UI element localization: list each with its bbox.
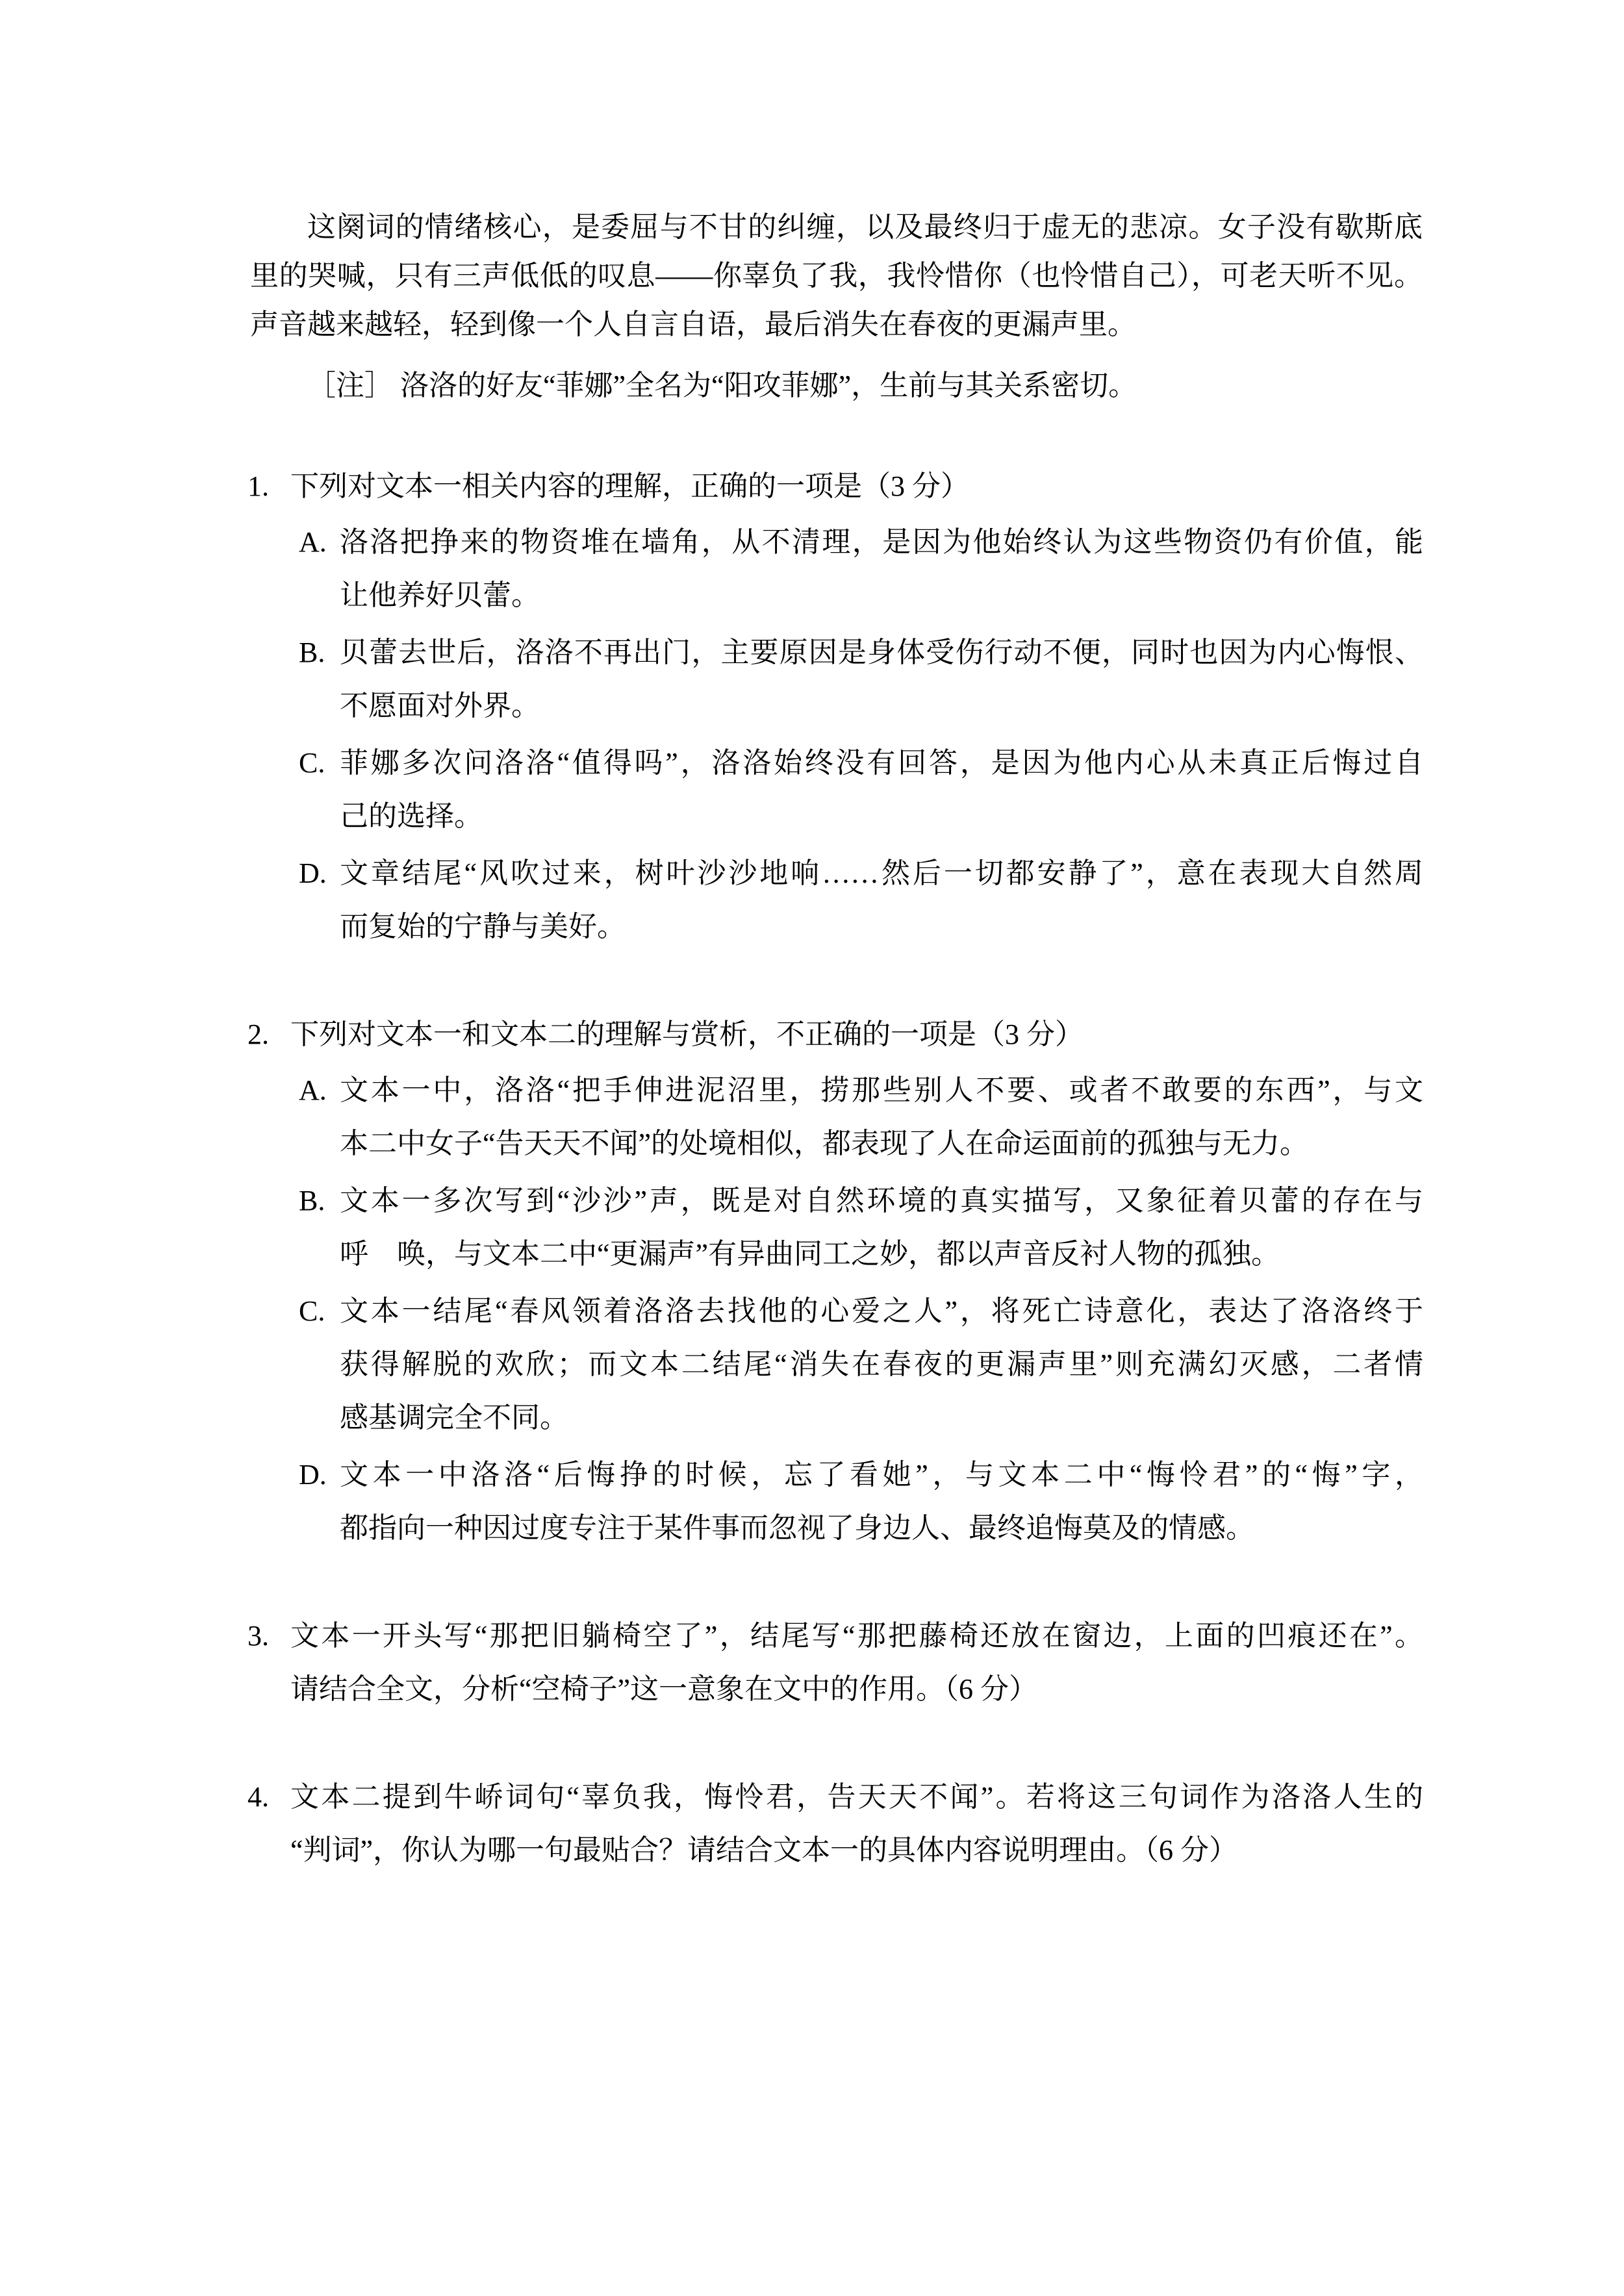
option-letter: A. — [299, 1064, 340, 1117]
option-letter: D. — [299, 1448, 340, 1502]
question: 1.下列对文本一相关内容的理解，正确的一项是（3 分）A.洛洛把挣来的物资堆在墙… — [247, 460, 1423, 953]
option-text: 文本一中，洛洛“把手伸进泥沼里，捞那些别人不要、或者不敢要的东西”，与文本二中女… — [340, 1064, 1423, 1170]
answer-option: D.文章结尾“风吹过来，树叶沙沙地响……然后一切都安静了”，意在表现大自然周而复… — [299, 847, 1423, 953]
option-text: 文本一中洛洛“后悔挣的时候，忘了看她”，与文本二中“悔怜君”的“悔”字，都指向一… — [340, 1448, 1423, 1555]
option-line: 文章结尾“风吹过来，树叶沙沙地响……然后一切都安静了”，意在表现大自然周 — [340, 847, 1423, 900]
option-text: 文本一结尾“春风领着洛洛去找他的心爱之人”，将死亡诗意化，表达了洛洛终于获得解脱… — [340, 1285, 1423, 1444]
option-line: 本二中女子“告天天不闻”的处境相似，都表现了人在命运面前的孤独与无力。 — [340, 1117, 1423, 1170]
question: 3.文本一开头写“那把旧躺椅空了”，结尾写“那把藤椅还放在窗边，上面的凹痕还在”… — [247, 1609, 1423, 1716]
option-line: 文本一多次写到“沙沙”声，既是对自然环境的真实描写，又象征着贝蕾的存在与 — [340, 1174, 1423, 1228]
option-text: 贝蕾去世后，洛洛不再出门，主要原因是身体受伤行动不便，同时也因为内心悔恨、不愿面… — [340, 626, 1423, 733]
question-stem: 文本二提到牛峤词句“辜负我，悔怜君，告天天不闻”。若将这三句词作为洛洛人生的“判… — [290, 1771, 1423, 1877]
answer-option: D.文本一中洛洛“后悔挣的时候，忘了看她”，与文本二中“悔怜君”的“悔”字，都指… — [299, 1448, 1423, 1555]
option-line: 文本一中，洛洛“把手伸进泥沼里，捞那些别人不要、或者不敢要的东西”，与文 — [340, 1064, 1423, 1117]
option-line: 不愿面对外界。 — [340, 679, 1423, 733]
questions-section: 1.下列对文本一相关内容的理解，正确的一项是（3 分）A.洛洛把挣来的物资堆在墙… — [247, 460, 1423, 1877]
question-number: 1. — [247, 460, 290, 513]
answer-option: B.贝蕾去世后，洛洛不再出门，主要原因是身体受伤行动不便，同时也因为内心悔恨、不… — [299, 626, 1423, 733]
question-stem-line: 下列对文本一和文本二的理解与赏析，不正确的一项是（3 分） — [290, 1008, 1423, 1061]
question-number: 2. — [247, 1008, 290, 1061]
intro-line: 这阕词的情绪核心，是委屈与不甘的纠缠，以及最终归于虚无的悲凉。女子没有歇斯底 — [250, 203, 1423, 251]
answer-option: A.文本一中，洛洛“把手伸进泥沼里，捞那些别人不要、或者不敢要的东西”，与文本二… — [299, 1064, 1423, 1170]
question-stem: 下列对文本一和文本二的理解与赏析，不正确的一项是（3 分） — [290, 1008, 1423, 1061]
exam-page: 这阕词的情绪核心，是委屈与不甘的纠缠，以及最终归于虚无的悲凉。女子没有歇斯底里的… — [0, 0, 1624, 2296]
option-line: 洛洛把挣来的物资堆在墙角，从不清理，是因为他始终认为这些物资仍有价值，能 — [340, 516, 1423, 569]
option-text: 洛洛把挣来的物资堆在墙角，从不清理，是因为他始终认为这些物资仍有价值，能让他养好… — [340, 516, 1423, 622]
question-stem-line: “判词”，你认为哪一句最贴合？请结合文本一的具体内容说明理由。（6 分） — [290, 1824, 1423, 1877]
question-stem-line: 文本一开头写“那把旧躺椅空了”，结尾写“那把藤椅还放在窗边，上面的凹痕还在”。 — [290, 1609, 1423, 1663]
answer-option: B.文本一多次写到“沙沙”声，既是对自然环境的真实描写，又象征着贝蕾的存在与呼 … — [299, 1174, 1423, 1281]
option-line: 感基调完全不同。 — [340, 1391, 1423, 1444]
answer-option: C.文本一结尾“春风领着洛洛去找他的心爱之人”，将死亡诗意化，表达了洛洛终于获得… — [299, 1285, 1423, 1444]
option-line: 而复始的宁静与美好。 — [340, 900, 1423, 953]
intro-line: 声音越来越轻，轻到像一个人自言自语，最后消失在春夜的更漏声里。 — [250, 300, 1423, 349]
question-stem-line: 请结合全文，分析“空椅子”这一意象在文中的作用。（6 分） — [290, 1663, 1423, 1716]
option-letter: A. — [299, 516, 340, 569]
question-stem-line: 下列对文本一相关内容的理解，正确的一项是（3 分） — [290, 460, 1423, 513]
option-text: 文章结尾“风吹过来，树叶沙沙地响……然后一切都安静了”，意在表现大自然周而复始的… — [340, 847, 1423, 953]
question-number: 3. — [247, 1609, 290, 1663]
option-line: 贝蕾去世后，洛洛不再出门，主要原因是身体受伤行动不便，同时也因为内心悔恨、 — [340, 626, 1423, 679]
answer-option: A.洛洛把挣来的物资堆在墙角，从不清理，是因为他始终认为这些物资仍有价值，能让他… — [299, 516, 1423, 622]
option-line: 都指向一种因过度专注于某件事而忽视了身边人、最终追悔莫及的情感。 — [340, 1502, 1423, 1555]
option-line: 获得解脱的欢欣；而文本二结尾“消失在春夜的更漏声里”则充满幻灭感，二者情 — [340, 1338, 1423, 1391]
question: 2.下列对文本一和文本二的理解与赏析，不正确的一项是（3 分）A.文本一中，洛洛… — [247, 1008, 1423, 1555]
option-letter: C. — [299, 737, 340, 790]
option-line: 让他养好贝蕾。 — [340, 569, 1423, 622]
option-letter: B. — [299, 626, 340, 679]
question-stem-row: 1.下列对文本一相关内容的理解，正确的一项是（3 分） — [247, 460, 1423, 513]
question-stem-row: 4.文本二提到牛峤词句“辜负我，悔怜君，告天天不闻”。若将这三句词作为洛洛人生的… — [247, 1771, 1423, 1877]
answer-option: C.菲娜多次问洛洛“值得吗”，洛洛始终没有回答，是因为他内心从未真正后悔过自己的… — [299, 737, 1423, 843]
question-number: 4. — [247, 1771, 290, 1824]
option-line: 呼 唤，与文本二中“更漏声”有异曲同工之妙，都以声音反衬人物的孤独。 — [340, 1228, 1423, 1281]
question-stem: 下列对文本一相关内容的理解，正确的一项是（3 分） — [290, 460, 1423, 513]
option-letter: C. — [299, 1285, 340, 1338]
intro-paragraph: 这阕词的情绪核心，是委屈与不甘的纠缠，以及最终归于虚无的悲凉。女子没有歇斯底里的… — [250, 203, 1423, 349]
note-line: ［注］ 洛洛的好友“菲娜”全名为“阳攻菲娜”，生前与其关系密切。 — [250, 361, 1423, 410]
question-stem-line: 文本二提到牛峤词句“辜负我，悔怜君，告天天不闻”。若将这三句词作为洛洛人生的 — [290, 1771, 1423, 1824]
option-line: 菲娜多次问洛洛“值得吗”，洛洛始终没有回答，是因为他内心从未真正后悔过自 — [340, 737, 1423, 790]
option-letter: B. — [299, 1174, 340, 1228]
option-line: 文本一结尾“春风领着洛洛去找他的心爱之人”，将死亡诗意化，表达了洛洛终于 — [340, 1285, 1423, 1338]
intro-line: 里的哭喊，只有三声低低的叹息——你辜负了我，我怜惜你（也怜惜自己），可老天听不见… — [250, 251, 1423, 300]
question: 4.文本二提到牛峤词句“辜负我，悔怜君，告天天不闻”。若将这三句词作为洛洛人生的… — [247, 1771, 1423, 1877]
option-line: 己的选择。 — [340, 790, 1423, 843]
option-letter: D. — [299, 847, 340, 900]
question-stem-row: 3.文本一开头写“那把旧躺椅空了”，结尾写“那把藤椅还放在窗边，上面的凹痕还在”… — [247, 1609, 1423, 1716]
note-paragraph: ［注］ 洛洛的好友“菲娜”全名为“阳攻菲娜”，生前与其关系密切。 — [250, 361, 1423, 410]
option-line: 文本一中洛洛“后悔挣的时候，忘了看她”，与文本二中“悔怜君”的“悔”字， — [340, 1448, 1423, 1502]
question-stem: 文本一开头写“那把旧躺椅空了”，结尾写“那把藤椅还放在窗边，上面的凹痕还在”。请… — [290, 1609, 1423, 1716]
option-text: 菲娜多次问洛洛“值得吗”，洛洛始终没有回答，是因为他内心从未真正后悔过自己的选择… — [340, 737, 1423, 843]
question-stem-row: 2.下列对文本一和文本二的理解与赏析，不正确的一项是（3 分） — [247, 1008, 1423, 1061]
option-text: 文本一多次写到“沙沙”声，既是对自然环境的真实描写，又象征着贝蕾的存在与呼 唤，… — [340, 1174, 1423, 1281]
